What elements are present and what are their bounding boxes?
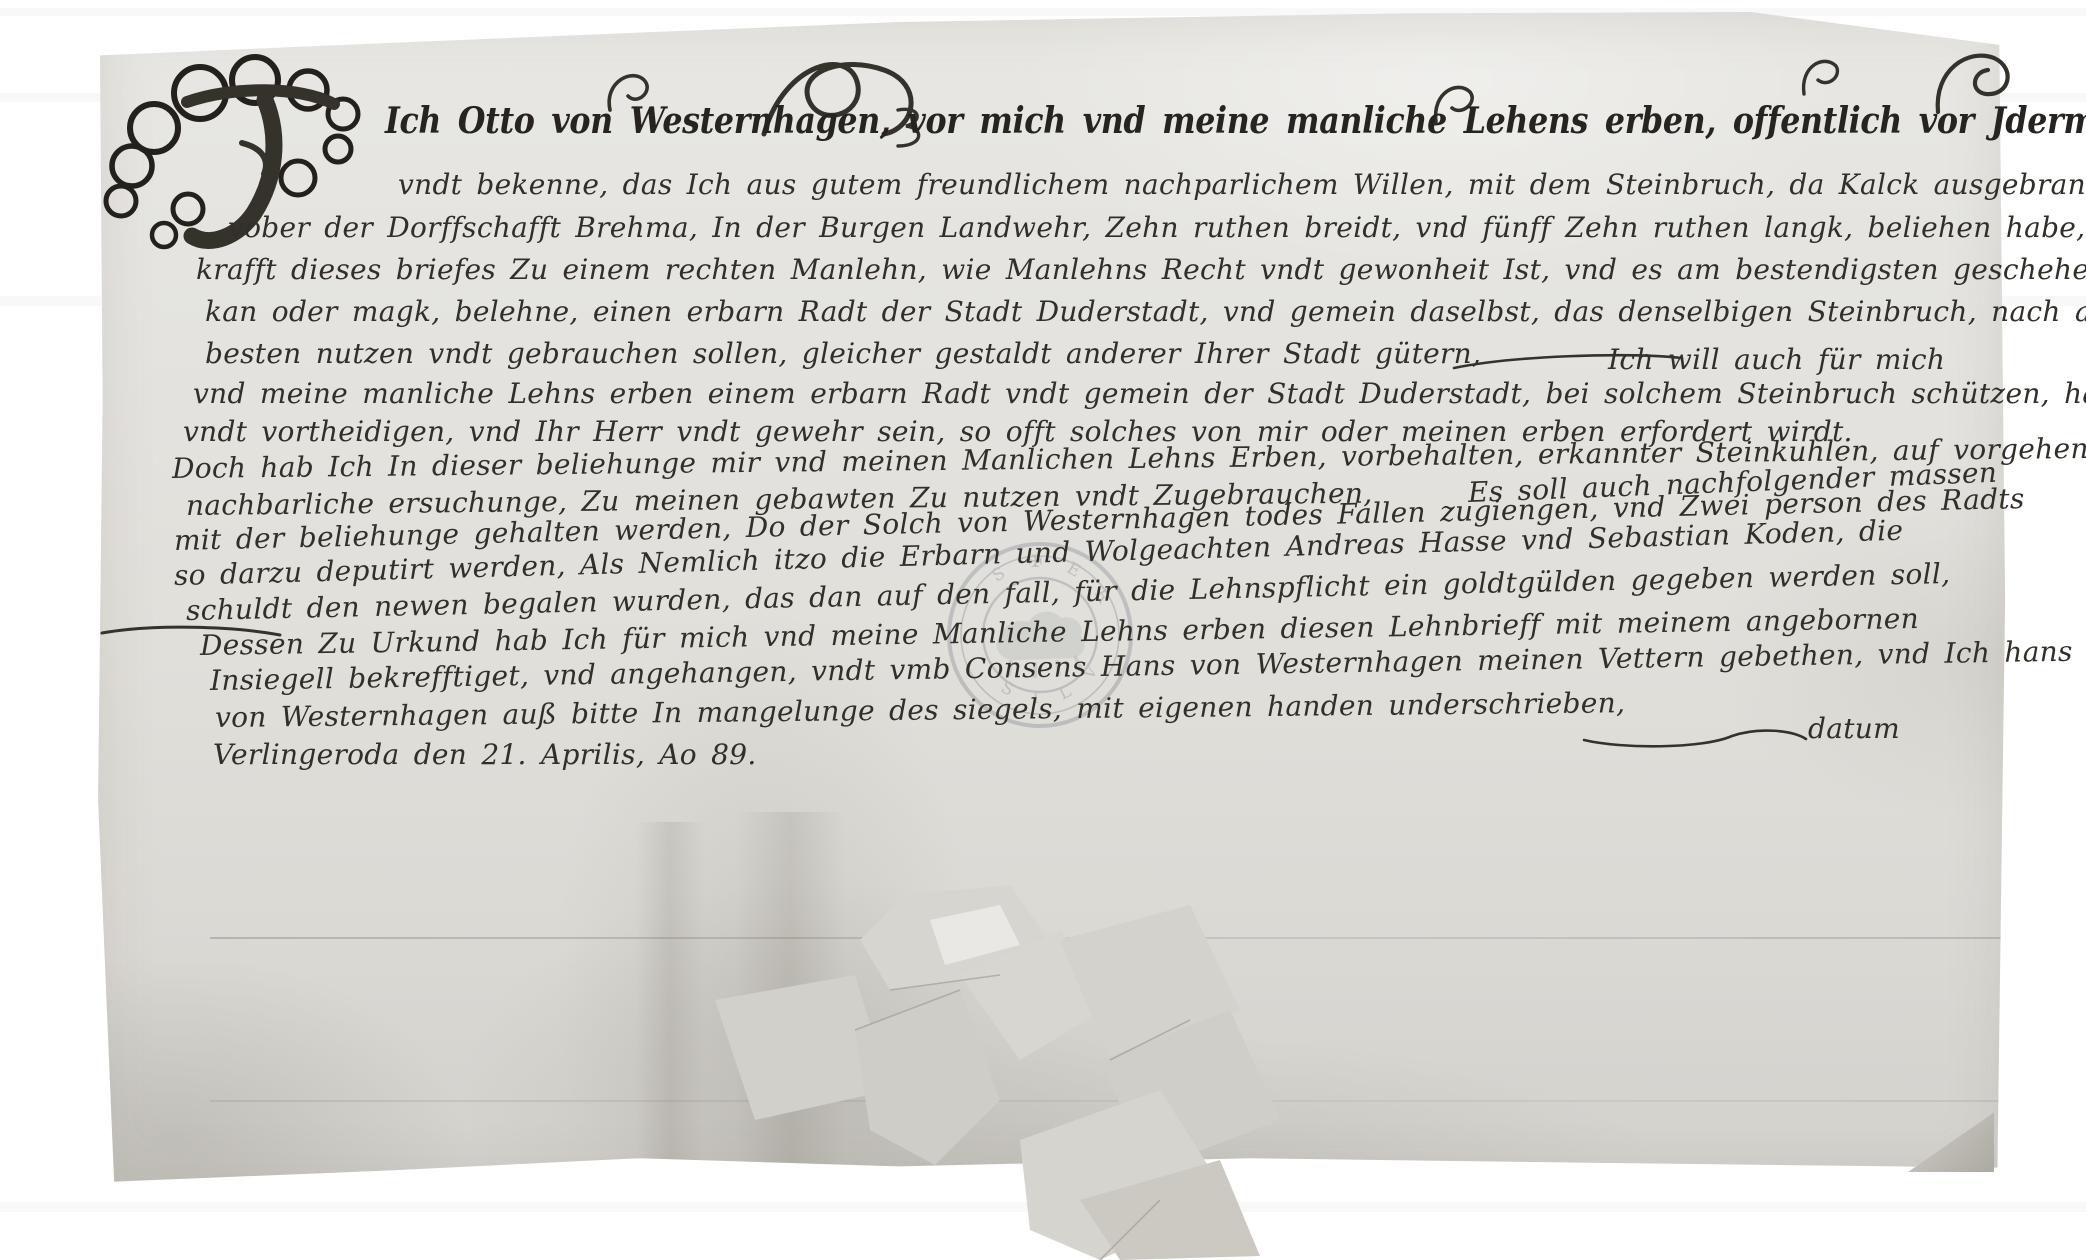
manuscript-line: kan oder magk, belehne, einen erbarn Rad… (205, 295, 2086, 328)
flourish-swash (1452, 348, 1688, 374)
scanned-charter-page: { "colors":{ "background":"#ffffff", "pa… (0, 0, 2086, 1260)
flourish-swash (100, 620, 284, 642)
manuscript-line: Verlingeroda den 21. Aprilis, Ao 89. (213, 738, 757, 771)
folded-seal-tail (640, 860, 1320, 1260)
manuscript-heading-line: Ich Otto von Westernhagen, vor mich vnd … (385, 100, 2086, 142)
manuscript-line: krafft dieses briefes Zu einem rechten M… (196, 253, 2086, 286)
manuscript-line: vnd meine manliche Lehns erben einem erb… (193, 377, 2086, 410)
flourish-swash (1580, 722, 1812, 750)
manuscript-line: vndt bekenne, das Ich aus gutem freundli… (398, 168, 2086, 201)
manuscript-line: besten nutzen vndt gebrauchen sollen, gl… (205, 337, 1481, 370)
flourish-curl (1796, 52, 1846, 100)
manuscript-line: datum (1808, 712, 1900, 745)
manuscript-line: vober der Dorffschafft Brehma, In der Bu… (228, 211, 2086, 244)
